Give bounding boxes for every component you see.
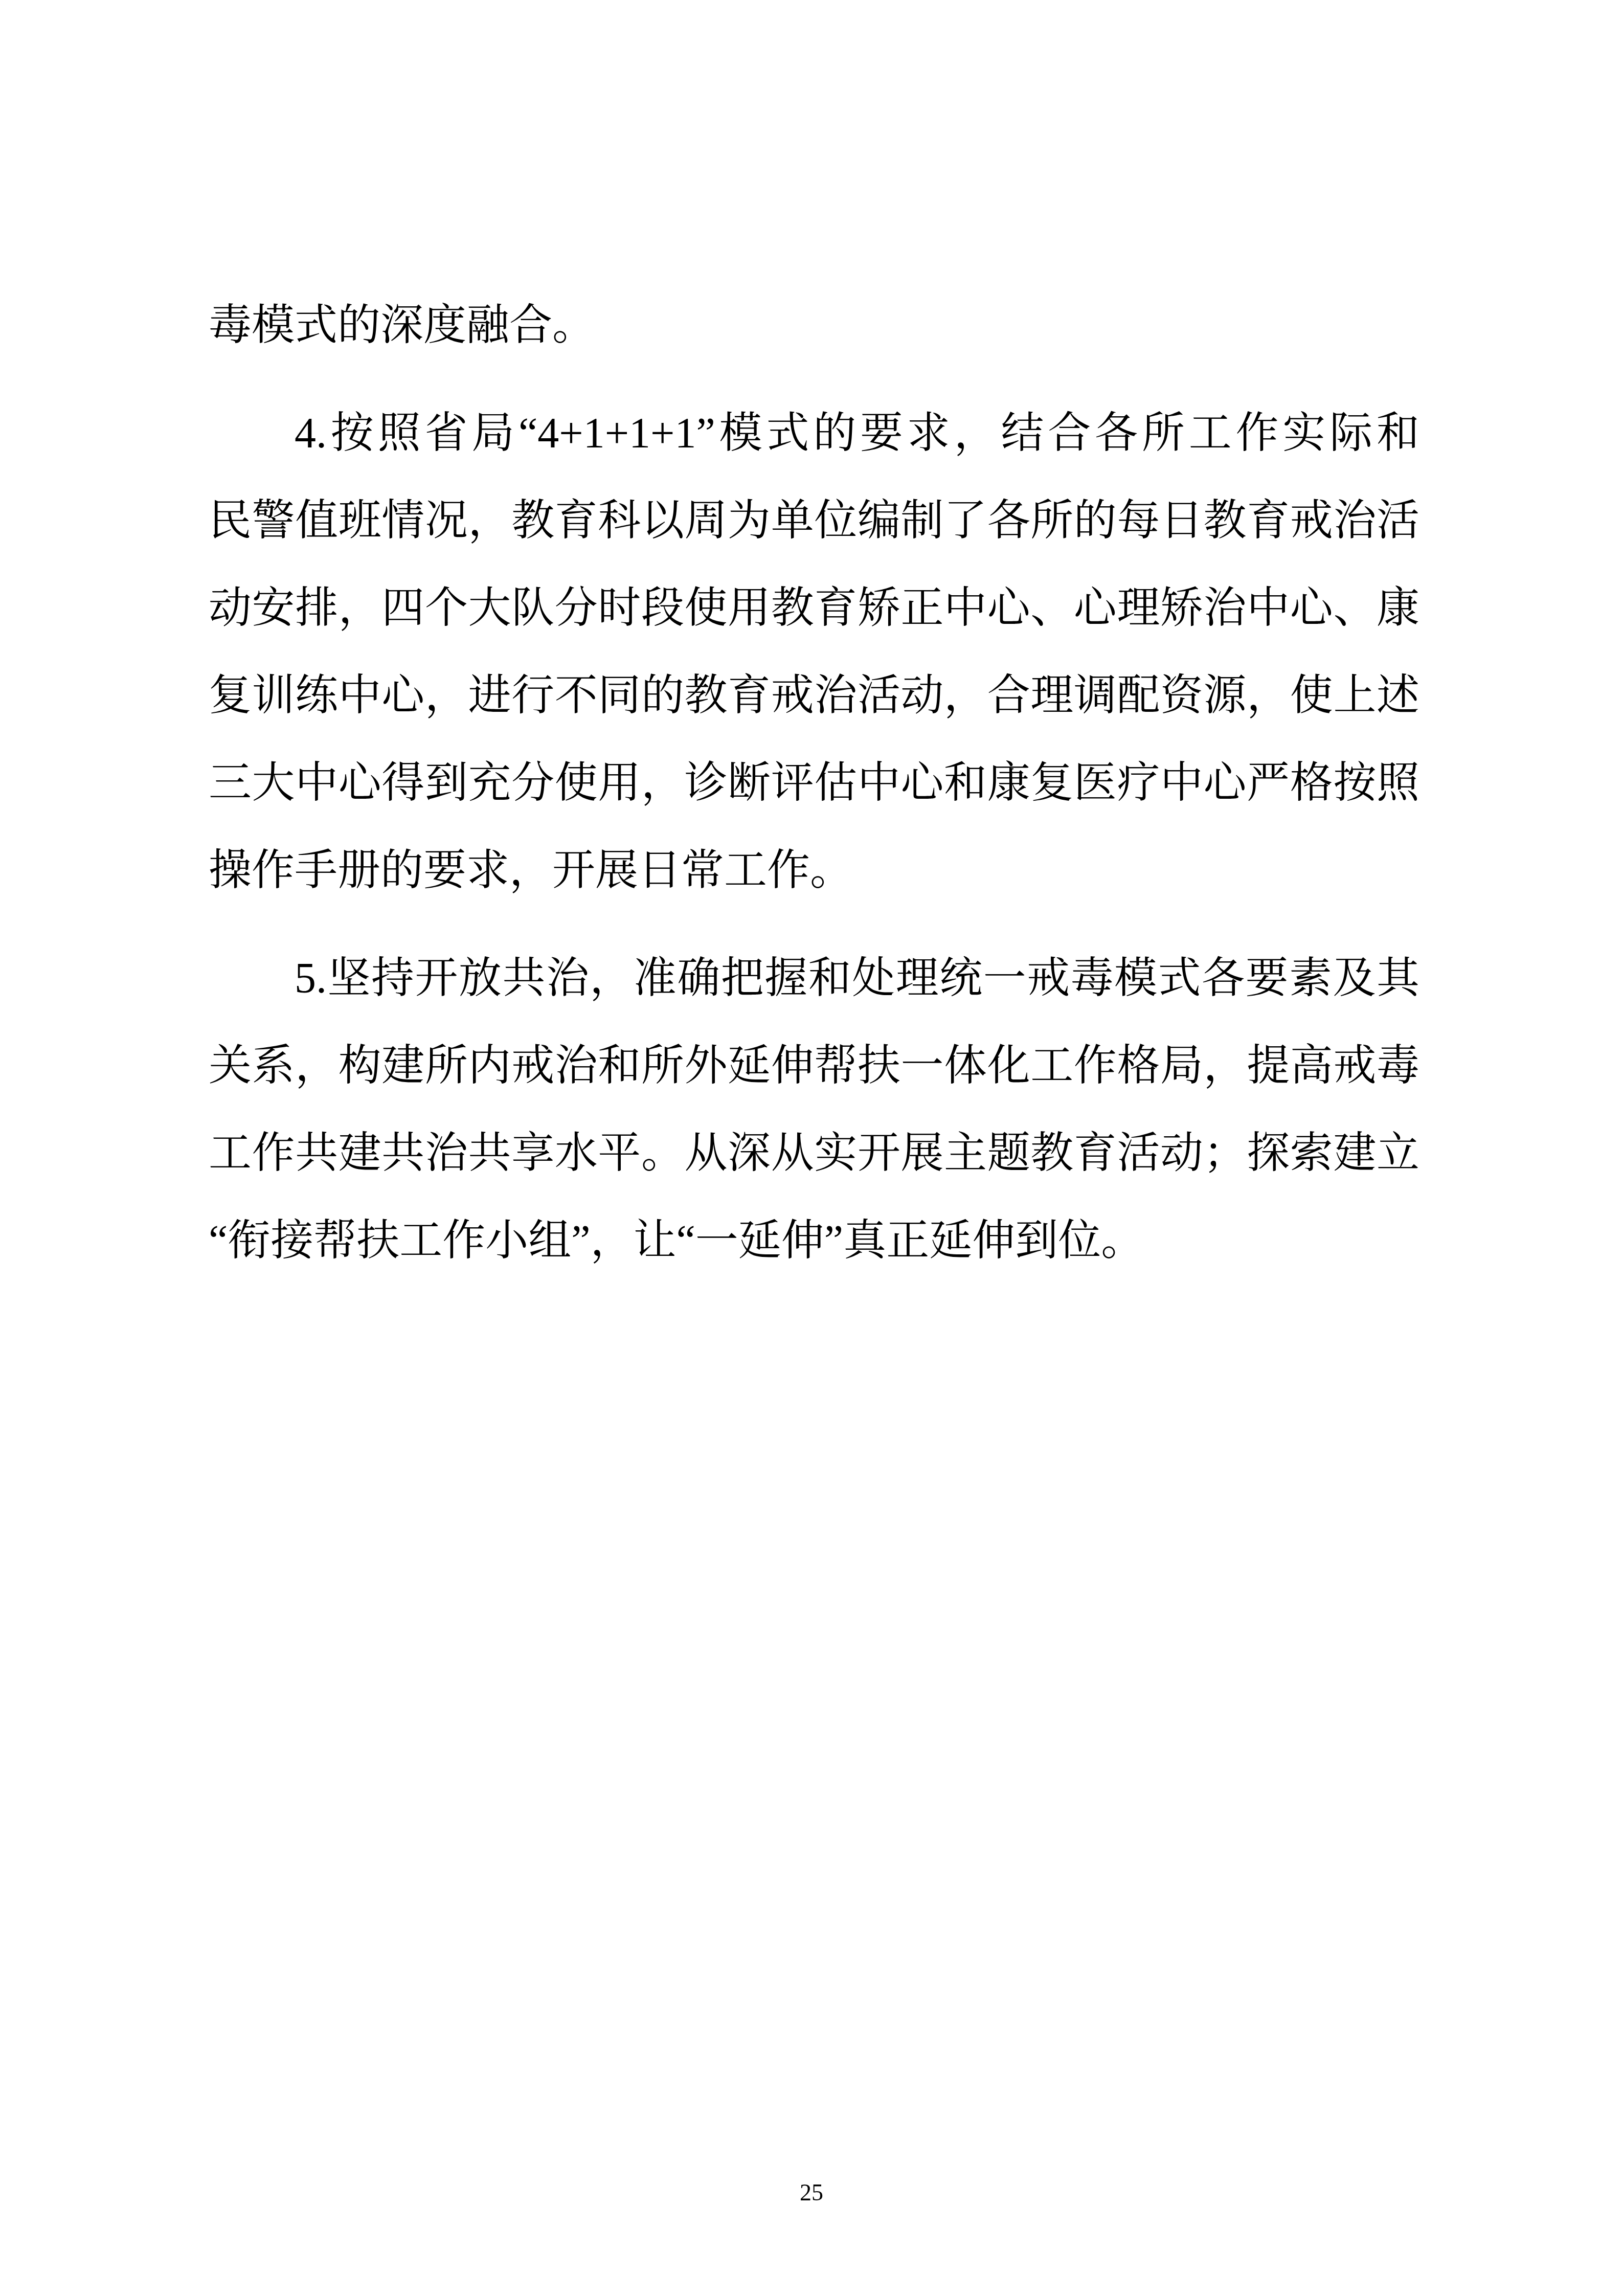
paragraph-line: 复训练中心，进行不同的教育戒治活动，合理调配资源，使上述: [209, 652, 1419, 739]
paragraph-item-5: 5.坚持开放共治，准确把握和处理统一戒毒模式各要素及其 关系，构建所内戒治和所外…: [209, 935, 1419, 1285]
paragraph-line: 4.按照省局“4+1+1+1”模式的要求，结合各所工作实际和: [209, 390, 1419, 477]
paragraph-line: “衔接帮扶工作小组”，让“一延伸”真正延伸到位。: [209, 1197, 1419, 1285]
paragraph-continuation: 毒模式的深度融合。: [209, 282, 1419, 369]
document-page: 毒模式的深度融合。 4.按照省局“4+1+1+1”模式的要求，结合各所工作实际和…: [0, 0, 1623, 2296]
paragraph-line: 关系，构建所内戒治和所外延伸帮扶一体化工作格局，提高戒毒: [209, 1022, 1419, 1110]
paragraph-line: 民警值班情况，教育科以周为单位编制了各所的每日教育戒治活: [209, 477, 1419, 565]
paragraph-item-4: 4.按照省局“4+1+1+1”模式的要求，结合各所工作实际和 民警值班情况，教育…: [209, 390, 1419, 914]
text-block: 毒模式的深度融合。 4.按照省局“4+1+1+1”模式的要求，结合各所工作实际和…: [209, 282, 1419, 1285]
paragraph-line: 三大中心得到充分使用，诊断评估中心和康复医疗中心严格按照: [209, 739, 1419, 827]
paragraph-line: 操作手册的要求，开展日常工作。: [209, 827, 1419, 914]
paragraph-line: 工作共建共治共享水平。从深从实开展主题教育活动；探索建立: [209, 1110, 1419, 1197]
paragraph-line: 毒模式的深度融合。: [209, 282, 1419, 369]
paragraph-line: 动安排，四个大队分时段使用教育矫正中心、心理矫治中心、康: [209, 565, 1419, 652]
paragraph-line: 5.坚持开放共治，准确把握和处理统一戒毒模式各要素及其: [209, 935, 1419, 1022]
page-number: 25: [0, 2177, 1623, 2208]
